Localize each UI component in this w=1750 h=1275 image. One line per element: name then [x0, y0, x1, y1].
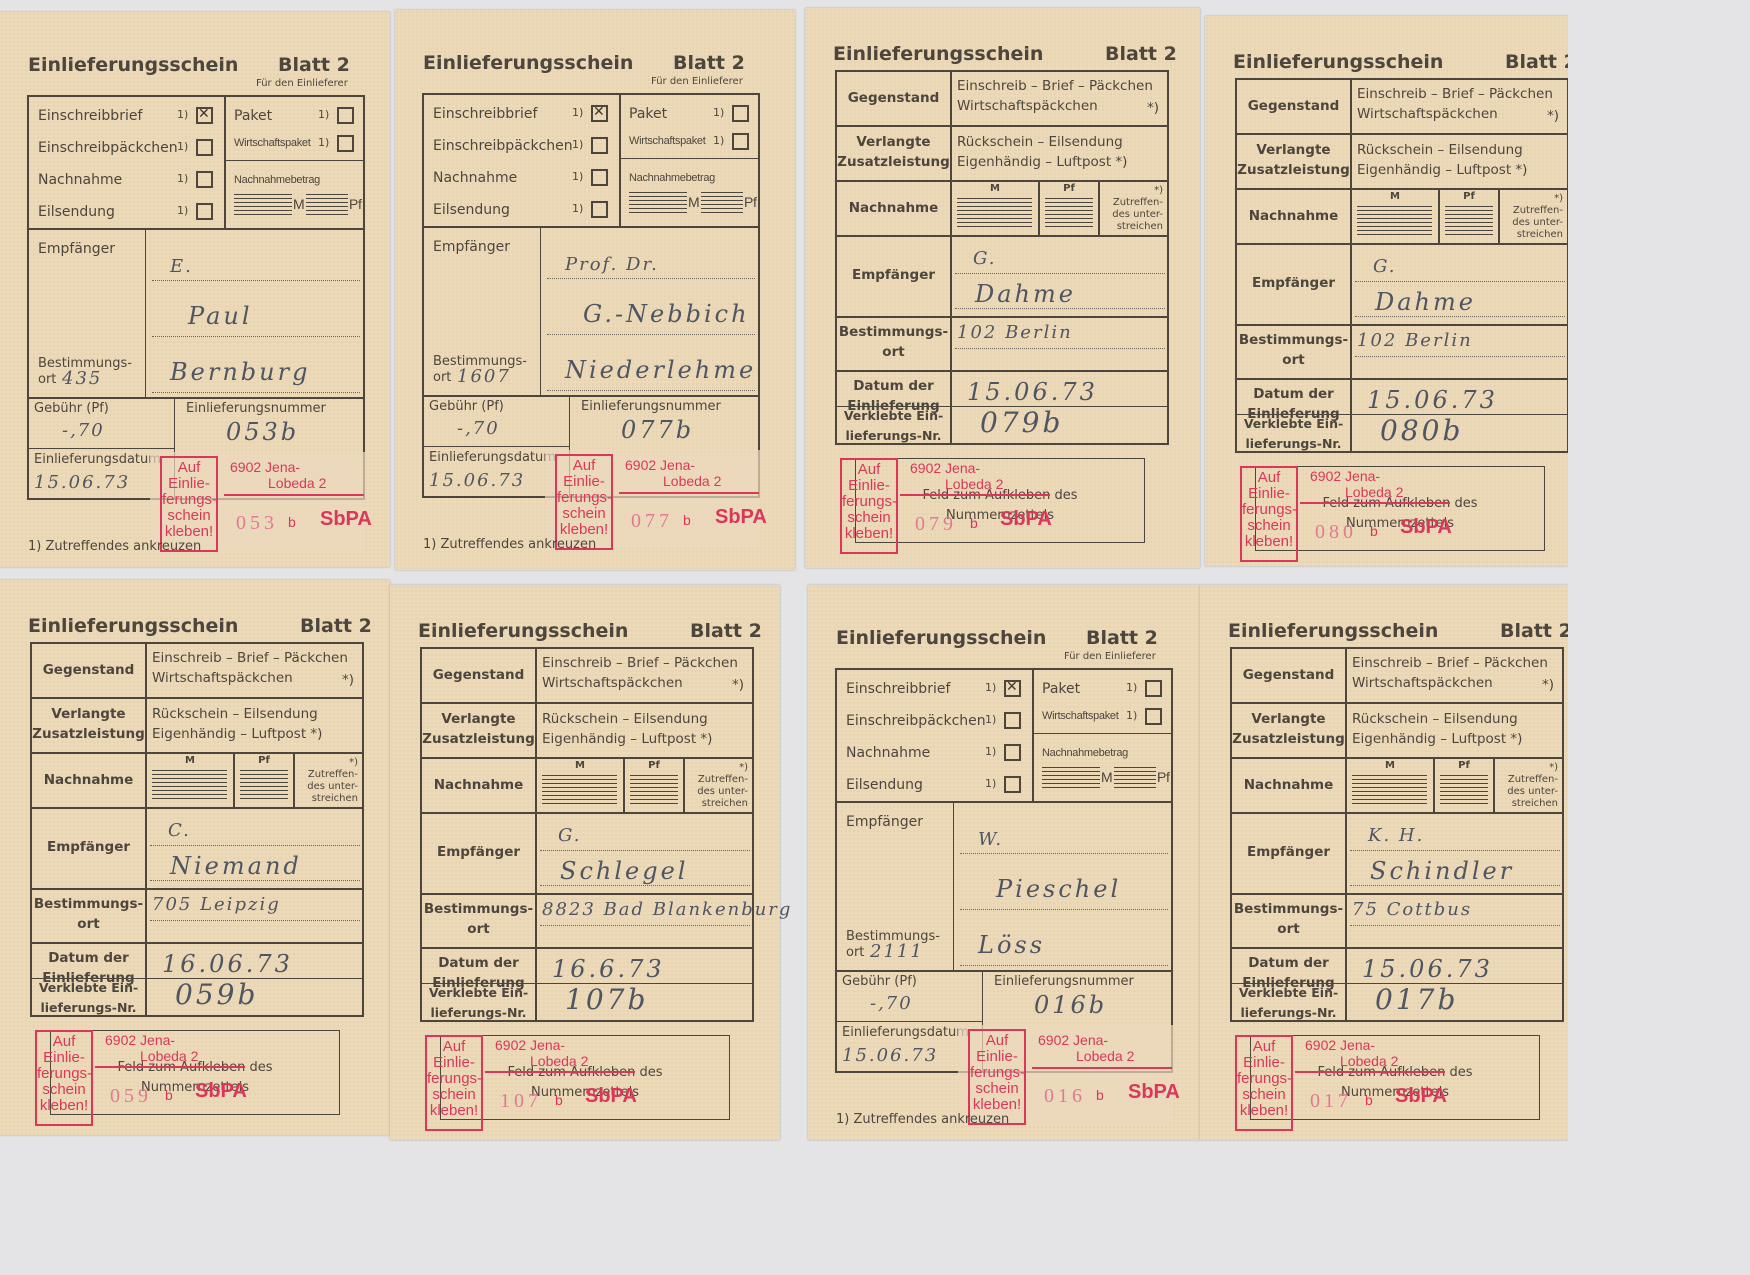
date-label: Einlieferungsdatum [429, 450, 556, 465]
checkbox-einschreibbrief[interactable] [591, 105, 608, 122]
cod-mark-field [1352, 775, 1427, 805]
currency-m: M [1101, 769, 1112, 785]
currency-m: M [147, 755, 233, 767]
receipt-number: 059b [175, 978, 258, 1011]
date-value: 15.06.73 [1362, 955, 1493, 983]
checkbox-paket[interactable] [1145, 680, 1162, 697]
item-value-1: Einschreib – Brief – Päckchen [1357, 84, 1553, 104]
currency-pf: Pf [744, 194, 757, 210]
receipt-number: 079b [980, 406, 1063, 439]
recipient-label: Empfänger [846, 814, 923, 830]
agency-stamp: SbPA [715, 506, 767, 529]
cod-mark-field [152, 770, 227, 800]
cod-mark-field [629, 192, 687, 214]
destination-label: Bestimmungs-ort [1237, 330, 1350, 370]
for-sender-label: Für den Einlieferer [1064, 651, 1156, 662]
number-label: Verklebte Ein-lieferungs-Nr. [837, 406, 950, 446]
currency-pf: Pf [349, 196, 362, 212]
currency-pf: Pf [1440, 191, 1498, 203]
underline-note: *) Zutreffen-des unter-streichen [296, 757, 358, 805]
recipient-initial: E. [170, 256, 193, 277]
post-office-stamp-2: Lobeda 2 [530, 1053, 588, 1069]
option-wirtschaftspaket: Wirtschaftspaket [234, 137, 311, 149]
destination-label-2: ort [38, 372, 56, 387]
service-value-2: Eigenhändig – Luftpost *) [957, 152, 1127, 172]
option-eilsendung: Eilsendung [38, 204, 115, 220]
date-value: 15.06.73 [1367, 386, 1498, 414]
footnote-mark: 1) [177, 204, 188, 217]
recipient-name: Pieschel [996, 875, 1121, 903]
option-einschreibbrief: Einschreibbrief [846, 681, 950, 697]
currency-pf: Pf [1040, 183, 1098, 195]
service-value-2: Eigenhändig – Luftpost *) [1352, 729, 1522, 749]
currency-pf: Pf [1435, 760, 1493, 772]
receipt-number: 017b [1375, 983, 1458, 1016]
post-office-stamp-2: Lobeda 2 [1345, 484, 1403, 500]
fee-value: -,70 [870, 993, 913, 1014]
number-label: Einlieferungsnummer [581, 399, 721, 414]
destination-label: Bestimmungs-ort [1232, 899, 1345, 939]
receipt-number: 016b [1034, 991, 1107, 1019]
recipient-initial: G. [973, 248, 996, 269]
form-title: Einlieferungsschein [418, 620, 628, 642]
recipient-label: Empfänger [38, 241, 115, 257]
cod-mark-field [542, 775, 617, 805]
checkbox-eilsendung[interactable] [591, 201, 608, 218]
agency-stamp: SbPA [320, 508, 372, 531]
footnote: 1) Zutreffendes ankreuzen [423, 537, 596, 552]
option-wirtschaftspaket: Wirtschaftspaket [1042, 710, 1119, 722]
option-einschreibbrief: Einschreibbrief [38, 108, 142, 124]
agency-stamp: SbPA [1400, 516, 1452, 539]
item-value-2: Wirtschaftspäckchen [957, 96, 1098, 116]
receipt-card-107b: Einlieferungsschein Blatt 2 Gegenstand E… [390, 585, 780, 1140]
date-value: 16.06.73 [162, 950, 293, 978]
receipt-card-080b: Einlieferungsschein Blatt 2 Gegenstand E… [1205, 16, 1568, 566]
item-value-1: Einschreib – Brief – Päckchen [542, 653, 738, 673]
cod-label: Nachnahme [1232, 775, 1345, 795]
sheet-label: Blatt 2 [690, 620, 762, 642]
item-value-1: Einschreib – Brief – Päckchen [957, 76, 1153, 96]
post-office-stamp: 6902 Jena- [1038, 1032, 1108, 1048]
recipient-initial: K. H. [1368, 825, 1424, 846]
option-paket: Paket [1042, 681, 1080, 697]
cod-label: Nachnahme [837, 198, 950, 218]
footnote-mark: 1) [572, 202, 583, 215]
stamped-suffix: b [165, 1087, 173, 1103]
option-eilsendung: Eilsendung [433, 202, 510, 218]
post-office-stamp-2: Lobeda 2 [945, 476, 1003, 492]
paste-here-stamp: AufEinlie-ferungs-scheinkleben! [555, 454, 613, 550]
post-office-stamp-2: Lobeda 2 [663, 473, 721, 489]
sheet-label: Blatt 2 [1105, 43, 1177, 65]
stamped-suffix: b [555, 1092, 563, 1108]
checkbox-einschreibpaeckchen[interactable] [591, 137, 608, 154]
item-label: Gegenstand [1237, 96, 1350, 116]
item-label: Gegenstand [32, 660, 145, 680]
sheet-label: Blatt 2 [300, 615, 372, 637]
form-title: Einlieferungsschein [1228, 620, 1438, 642]
for-sender-label: Für den Einlieferer [651, 76, 743, 87]
recipient-label: Empfänger [837, 265, 950, 285]
paste-here-stamp: AufEinlie-ferungs-scheinkleben! [840, 458, 898, 554]
receipt-card-016b: Einlieferungsschein Blatt 2 Für den Einl… [808, 585, 1200, 1140]
post-office-stamp-2: Lobeda 2 [268, 475, 326, 491]
item-label: Gegenstand [837, 88, 950, 108]
item-mark: *) [342, 670, 354, 690]
number-label: Verklebte Ein-lieferungs-Nr. [422, 983, 535, 1023]
post-office-stamp: 6902 Jena- [495, 1037, 565, 1053]
recipient-initial: G. [1373, 256, 1396, 277]
stamped-number: 107 [500, 1090, 542, 1113]
receipt-card-017b: Einlieferungsschein Blatt 2 Gegenstand E… [1200, 585, 1568, 1140]
underline-note: *) Zutreffen-des unter-streichen [1501, 193, 1563, 241]
option-einschreibpaeckchen: Einschreibpäckchen [38, 140, 178, 156]
cod-amount-label: Nachnahmebetrag [234, 174, 320, 186]
option-eilsendung: Eilsendung [846, 777, 923, 793]
service-value-1: Rückschein – Eilsendung [1352, 709, 1518, 729]
recipient-label: Empfänger [433, 239, 510, 255]
stamped-suffix: b [1370, 523, 1378, 539]
item-value-1: Einschreib – Brief – Päckchen [152, 648, 348, 668]
postcode: 435 [62, 368, 102, 389]
cod-label: Nachnahme [32, 770, 145, 790]
service-label: VerlangteZusatzleistung [422, 709, 535, 749]
recipient-label: Empfänger [1232, 842, 1345, 862]
cod-pf-field [1114, 767, 1156, 789]
date-value: 15.06.73 [429, 470, 525, 491]
cod-pf-field [306, 194, 348, 216]
checkbox-wirtschaftspaket[interactable] [732, 133, 749, 150]
agency-stamp: SbPA [1000, 508, 1052, 531]
agency-stamp: SbPA [1395, 1085, 1447, 1108]
cod-mark-field [234, 194, 292, 216]
destination-place: 705 Leipzig [152, 894, 281, 915]
cod-pf-field [701, 192, 743, 214]
destination-place: 75 Cottbus [1352, 899, 1472, 920]
destination-place: Niederlehme [565, 356, 756, 384]
recipient-initial: Prof. Dr. [565, 254, 659, 275]
destination-place: 8823 Bad Blankenburg [542, 899, 792, 920]
item-value-2: Wirtschaftspäckchen [1357, 104, 1498, 124]
stamped-number: 079 [915, 513, 957, 536]
checkbox-einschreibpaeckchen[interactable] [1004, 712, 1021, 729]
service-value-1: Rückschein – Eilsendung [957, 132, 1123, 152]
service-value-1: Rückschein – Eilsendung [542, 709, 708, 729]
footnote-mark: 1) [713, 106, 724, 119]
number-label: Verklebte Ein-lieferungs-Nr. [1232, 983, 1345, 1023]
paste-here-stamp: AufEinlie-ferungs-scheinkleben! [1240, 466, 1298, 562]
receipt-card-077b: Einlieferungsschein Blatt 2 Für den Einl… [395, 10, 795, 570]
item-value-2: Wirtschaftspäckchen [542, 673, 683, 693]
stamped-suffix: b [970, 515, 978, 531]
option-einschreibpaeckchen: Einschreibpäckchen [846, 713, 986, 729]
destination-label-2: ort [433, 370, 451, 385]
sheet-label: Blatt 2 [673, 52, 745, 74]
service-value-2: Eigenhändig – Luftpost *) [1357, 160, 1527, 180]
service-value-1: Rückschein – Eilsendung [1357, 140, 1523, 160]
recipient-label: Empfänger [1237, 273, 1350, 293]
recipient-name: Niemand [170, 852, 302, 880]
service-value-2: Eigenhändig – Luftpost *) [542, 729, 712, 749]
receipt-number: 080b [1380, 414, 1463, 447]
stamped-number: 059 [110, 1085, 152, 1108]
fee-value: -,70 [62, 420, 105, 441]
checkbox-nachnahme[interactable] [1004, 744, 1021, 761]
footnote-mark: 1) [318, 136, 329, 149]
footnote-mark: 1) [985, 681, 996, 694]
footnote: 1) Zutreffendes ankreuzen [28, 539, 201, 554]
destination-label-2: ort [846, 945, 864, 960]
form-title: Einlieferungsschein [1233, 51, 1443, 73]
recipient-label: Empfänger [32, 837, 145, 857]
for-sender-label: Für den Einlieferer [256, 78, 348, 89]
sheet-label: Blatt 2 [1500, 620, 1568, 642]
cod-pf-field [240, 770, 288, 800]
footnote-mark: 1) [177, 140, 188, 153]
stamped-suffix: b [288, 514, 296, 530]
form-title: Einlieferungsschein [423, 52, 633, 74]
service-value-1: Rückschein – Eilsendung [152, 704, 318, 724]
option-nachnahme: Nachnahme [846, 745, 930, 761]
stamped-suffix: b [1096, 1087, 1104, 1103]
agency-stamp: SbPA [195, 1080, 247, 1103]
recipient-label: Empfänger [422, 842, 535, 862]
footnote-mark: 1) [572, 170, 583, 183]
item-mark: *) [1542, 675, 1554, 695]
currency-m: M [1352, 191, 1438, 203]
service-value-2: Eigenhändig – Luftpost *) [152, 724, 322, 744]
footnote-mark: 1) [713, 134, 724, 147]
cod-mark-field [1042, 767, 1100, 789]
receipt-number: 053b [226, 418, 299, 446]
post-office-stamp: 6902 Jena- [625, 457, 695, 473]
stamped-number: 017 [1310, 1090, 1352, 1113]
option-einschreibpaeckchen: Einschreibpäckchen [433, 138, 573, 154]
item-mark: *) [1147, 98, 1159, 118]
cod-pf-field [1045, 198, 1093, 228]
footnote-mark: 1) [572, 106, 583, 119]
paste-here-stamp: AufEinlie-ferungs-scheinkleben! [1235, 1035, 1293, 1131]
checkbox-eilsendung[interactable] [196, 203, 213, 220]
checkbox-eilsendung[interactable] [1004, 776, 1021, 793]
currency-pf: Pf [625, 760, 683, 772]
item-label: Gegenstand [1232, 665, 1345, 685]
footnote-mark: 1) [985, 713, 996, 726]
destination-label: Bestimmungs-ort [422, 899, 535, 939]
checkbox-wirtschaftspaket[interactable] [337, 135, 354, 152]
currency-m: M [952, 183, 1038, 195]
underline-note: *) Zutreffen-des unter-streichen [1496, 762, 1558, 810]
receipt-number: 107b [565, 983, 648, 1016]
destination-place: Löss [978, 931, 1045, 959]
post-office-stamp-2: Lobeda 2 [140, 1048, 198, 1064]
postcode: 1607 [457, 366, 511, 387]
underline-note: *) Zutreffen-des unter-streichen [686, 762, 748, 810]
cod-label: Nachnahme [1237, 206, 1350, 226]
currency-m: M [293, 196, 304, 212]
stamped-number: 016 [1044, 1085, 1086, 1108]
stamped-number: 080 [1315, 521, 1357, 544]
service-label: VerlangteZusatzleistung [1237, 140, 1350, 180]
item-mark: *) [732, 675, 744, 695]
cod-pf-field [630, 775, 678, 805]
sheet-label: Blatt 2 [278, 54, 350, 76]
form-title: Einlieferungsschein [28, 615, 238, 637]
option-nachnahme: Nachnahme [433, 170, 517, 186]
destination-place: Bernburg [170, 358, 310, 386]
currency-pf: Pf [1157, 769, 1170, 785]
date-value: 15.06.73 [967, 378, 1098, 406]
cod-mark-field [957, 198, 1032, 228]
checkbox-einschreibbrief[interactable] [1004, 680, 1021, 697]
number-label: Einlieferungsnummer [186, 401, 326, 416]
receipt-number: 077b [621, 416, 694, 444]
destination-label: Bestimmungs-ort [837, 322, 950, 362]
postcode: 2111 [870, 941, 924, 962]
date-value: 15.06.73 [34, 472, 130, 493]
option-einschreibbrief: Einschreibbrief [433, 106, 537, 122]
stamped-suffix: b [1365, 1092, 1373, 1108]
item-value-2: Wirtschaftspäckchen [152, 668, 293, 688]
post-office-stamp: 6902 Jena- [1305, 1037, 1375, 1053]
option-nachnahme: Nachnahme [38, 172, 122, 188]
item-value-2: Wirtschaftspäckchen [1352, 673, 1493, 693]
recipient-initial: C. [168, 820, 191, 841]
post-office-stamp-2: Lobeda 2 [1076, 1048, 1134, 1064]
date-value: 15.06.73 [842, 1045, 938, 1066]
footnote-mark: 1) [1126, 681, 1137, 694]
footnote-mark: 1) [177, 108, 188, 121]
paste-here-stamp: AufEinlie-ferungs-scheinkleben! [35, 1030, 93, 1126]
receipt-card-079b: Einlieferungsschein Blatt 2 Gegenstand E… [805, 8, 1200, 568]
sheet-label: Blatt 2 [1086, 627, 1158, 649]
cod-mark-field [1357, 206, 1432, 236]
stamped-number: 053 [236, 512, 278, 535]
post-office-stamp: 6902 Jena- [230, 459, 300, 475]
recipient-name: G.-Nebbich [583, 300, 750, 328]
recipient-name: Paul [188, 302, 253, 330]
destination-place: 102 Berlin [957, 322, 1073, 343]
item-value-1: Einschreib – Brief – Päckchen [1352, 653, 1548, 673]
fee-label: Gebühr (Pf) [842, 974, 917, 989]
recipient-initial: G. [558, 825, 581, 846]
checkbox-paket[interactable] [732, 105, 749, 122]
checkbox-einschreibbrief[interactable] [196, 107, 213, 124]
option-wirtschaftspaket: Wirtschaftspaket [629, 135, 706, 147]
receipt-card-059b: Einlieferungsschein Blatt 2 Gegenstand E… [0, 580, 390, 1135]
recipient-initial: W. [978, 829, 1003, 850]
recipient-name: Dahme [1375, 288, 1476, 316]
checkbox-einschreibpaeckchen[interactable] [196, 139, 213, 156]
date-value: 16.6.73 [552, 955, 665, 983]
option-paket: Paket [234, 108, 272, 124]
form-title: Einlieferungsschein [28, 54, 238, 76]
recipient-name: Dahme [975, 280, 1076, 308]
currency-m: M [688, 194, 699, 210]
checkbox-paket[interactable] [337, 107, 354, 124]
destination-label: Bestimmungs-ort [32, 894, 145, 934]
footnote-mark: 1) [318, 108, 329, 121]
fee-label: Gebühr (Pf) [429, 399, 504, 414]
cod-label: Nachnahme [422, 775, 535, 795]
checkbox-nachnahme[interactable] [591, 169, 608, 186]
cod-pf-field [1445, 206, 1493, 236]
checkbox-nachnahme[interactable] [196, 171, 213, 188]
footnote-mark: 1) [177, 172, 188, 185]
service-label: VerlangteZusatzleistung [1232, 709, 1345, 749]
cod-pf-field [1440, 775, 1488, 805]
number-label: Verklebte Ein-lieferungs-Nr. [32, 978, 145, 1018]
recipient-name: Schindler [1370, 857, 1514, 885]
stamped-number: 077 [631, 510, 673, 533]
post-office-stamp-2: Lobeda 2 [1340, 1053, 1398, 1069]
cod-amount-label: Nachnahmebetrag [629, 172, 715, 184]
destination-place: 102 Berlin [1357, 330, 1473, 351]
footnote-mark: 1) [1126, 709, 1137, 722]
agency-stamp: SbPA [1128, 1081, 1180, 1104]
date-label: Einlieferungsdatum [34, 452, 161, 467]
currency-m: M [1347, 760, 1433, 772]
paste-here-stamp: AufEinlie-ferungs-scheinkleben! [160, 456, 218, 552]
option-paket: Paket [629, 106, 667, 122]
underline-note: *) Zutreffen-des unter-streichen [1101, 185, 1163, 233]
form-title: Einlieferungsschein [836, 627, 1046, 649]
service-label: VerlangteZusatzleistung [837, 132, 950, 172]
form-title: Einlieferungsschein [833, 43, 1043, 65]
item-mark: *) [1547, 106, 1559, 126]
fee-value: -,70 [457, 418, 500, 439]
number-label: Einlieferungsnummer [994, 974, 1134, 989]
post-office-stamp: 6902 Jena- [910, 460, 980, 476]
footnote-mark: 1) [985, 745, 996, 758]
post-office-stamp: 6902 Jena- [105, 1032, 175, 1048]
post-office-stamp: 6902 Jena- [1310, 468, 1380, 484]
number-label: Verklebte Ein-lieferungs-Nr. [1237, 414, 1350, 454]
currency-pf: Pf [235, 755, 293, 767]
sheet-label: Blatt 2 [1505, 51, 1568, 73]
footnote-mark: 1) [985, 777, 996, 790]
paste-here-stamp: AufEinlie-ferungs-scheinkleben! [968, 1029, 1026, 1125]
item-label: Gegenstand [422, 665, 535, 685]
checkbox-wirtschaftspaket[interactable] [1145, 708, 1162, 725]
receipt-card-053b: Einlieferungsschein Blatt 2 Für den Einl… [0, 12, 390, 567]
currency-m: M [537, 760, 623, 772]
fee-label: Gebühr (Pf) [34, 401, 109, 416]
recipient-name: Schlegel [560, 857, 688, 885]
stamped-suffix: b [683, 512, 691, 528]
cod-amount-label: Nachnahmebetrag [1042, 747, 1128, 759]
paste-here-stamp: AufEinlie-ferungs-scheinkleben! [425, 1035, 483, 1131]
agency-stamp: SbPA [585, 1085, 637, 1108]
date-label: Einlieferungsdatum [842, 1025, 969, 1040]
service-label: VerlangteZusatzleistung [32, 704, 145, 744]
footnote: 1) Zutreffendes ankreuzen [836, 1112, 1009, 1127]
footnote-mark: 1) [572, 138, 583, 151]
